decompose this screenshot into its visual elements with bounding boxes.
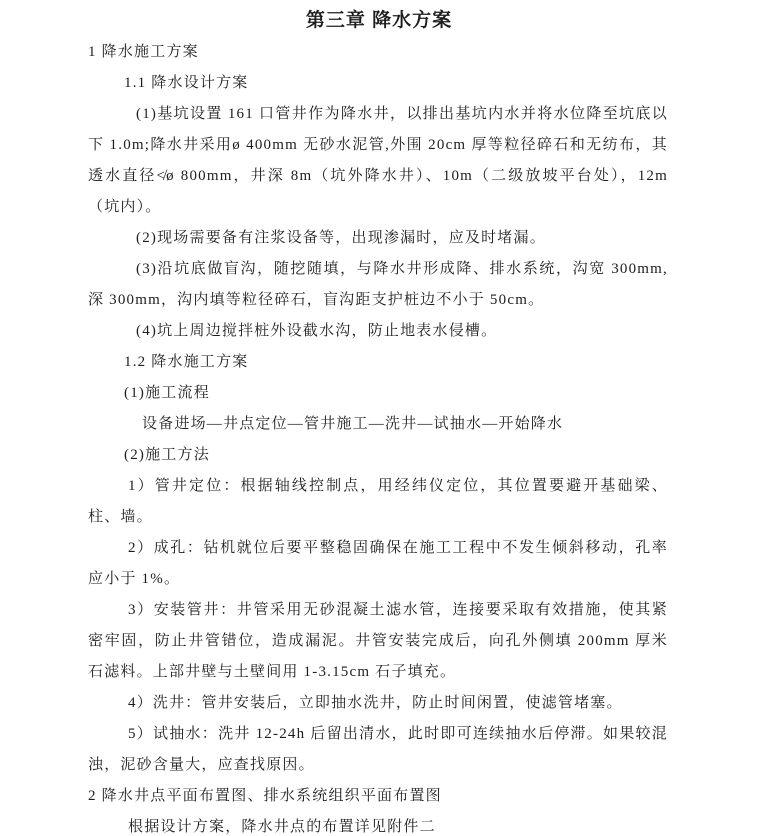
paragraph: 3）安装管井：井管采用无砂混凝土滤水管，连接要采取有效措施，使其紧密牢固，防止井… (88, 595, 668, 688)
paragraph: 2）成孔：钻机就位后要平整稳固确保在施工工程中不发生倾斜移动，孔率应小于 1%。 (88, 533, 668, 595)
paragraph: 4）洗井：管井安装后，立即抽水洗井，防止时间闲置，使滤管堵塞。 (88, 688, 668, 719)
paragraph: 1）管井定位：根据轴线控制点，用经纬仪定位，其位置要避开基础梁、柱、墙。 (88, 471, 668, 533)
paragraph: 1.2 降水施工方案 (88, 347, 668, 378)
paragraph: 5）试抽水：洗井 12-24h 后留出清水，此时即可连续抽水后停滞。如果较混浊，… (88, 719, 668, 781)
paragraph: (1)施工流程 (88, 378, 668, 409)
paragraph: 设备进场—井点定位—管井施工—洗井—试抽水—开始降水 (88, 409, 668, 440)
paragraph: 2 降水井点平面布置图、排水系统组织平面布置图 (88, 781, 668, 812)
document-body: 1 降水施工方案1.1 降水设计方案(1)基坑设置 161 口管井作为降水井，以… (88, 37, 668, 836)
paragraph: (3)沿坑底做盲沟，随挖随填，与降水井形成降、排水系统，沟宽 300mm,深 3… (88, 254, 668, 316)
paragraph: (2)现场需要备有注浆设备等，出现渗漏时，应及时堵漏。 (88, 223, 668, 254)
document-title: 第三章 降水方案 (90, 5, 668, 37)
paragraph: 根据设计方案，降水井点的布置详见附件二 (88, 812, 668, 836)
paragraph: 1.1 降水设计方案 (88, 68, 668, 99)
document-page: 第三章 降水方案 1 降水施工方案1.1 降水设计方案(1)基坑设置 161 口… (0, 0, 760, 836)
paragraph: (2)施工方法 (88, 440, 668, 471)
paragraph: (1)基坑设置 161 口管井作为降水井，以排出基坑内水并将水位降至坑底以下 1… (88, 99, 668, 223)
paragraph: (4)坑上周边搅拌桩外设截水沟，防止地表水侵槽。 (88, 316, 668, 347)
paragraph: 1 降水施工方案 (88, 37, 668, 68)
